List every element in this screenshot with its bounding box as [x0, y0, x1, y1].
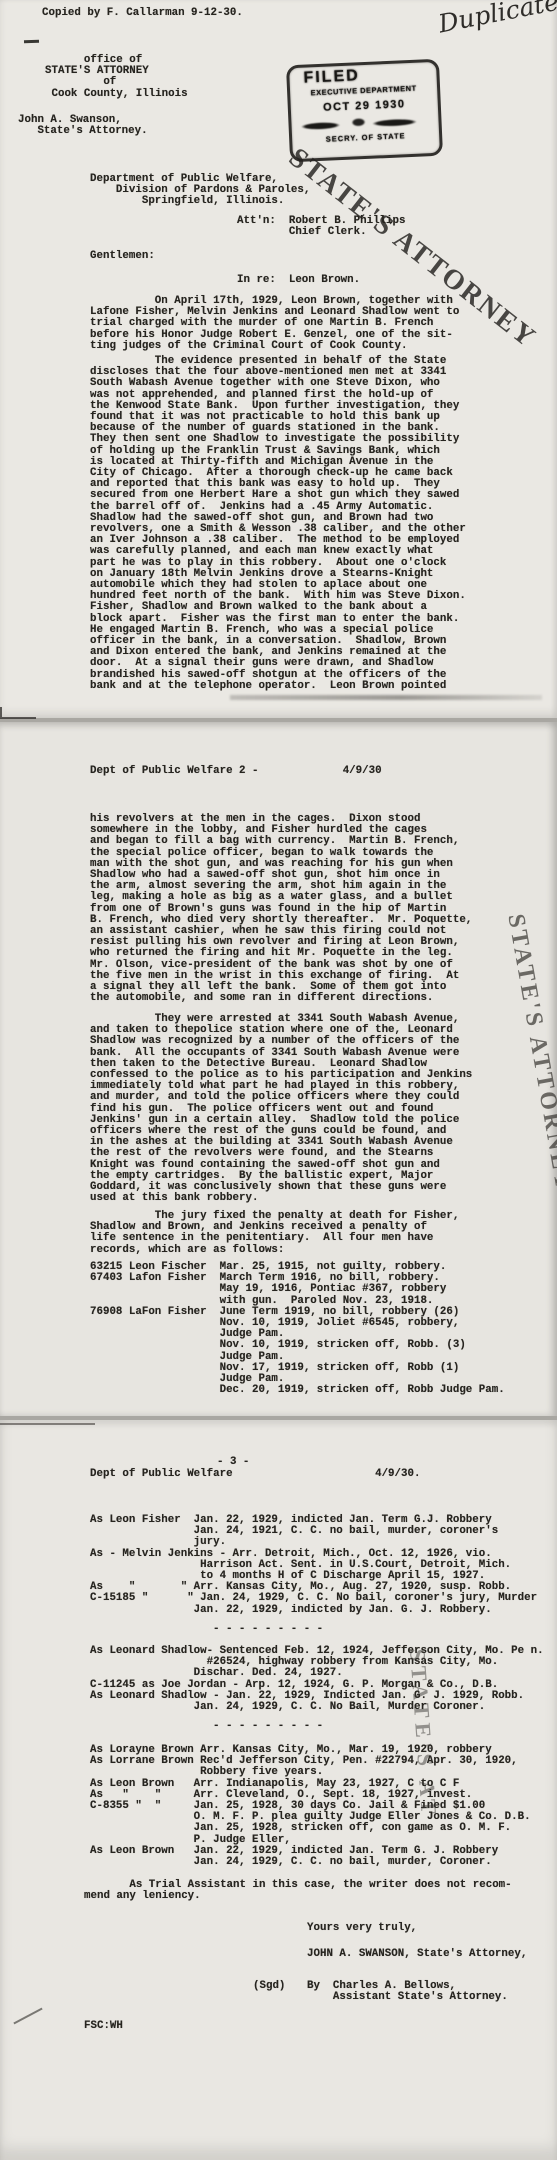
page1-paragraph-2: The evidence presented in behalf of the …: [90, 356, 466, 692]
filed-stamp: FILED EXECUTIVE DEPARTMENT OCT 29 1930 S…: [286, 59, 443, 163]
scan-smudge: [230, 695, 542, 700]
copied-by-note: Copied by F. Callarman 9-12-30.: [42, 8, 243, 19]
filed-stamp-date: OCT 29 1930: [291, 97, 438, 115]
closing-paragraph: As Trial Assistant in this case, the wri…: [84, 1880, 512, 1902]
page2-paragraph-3: The jury fixed the penalty at death for …: [90, 1211, 459, 1256]
page-edge-line: [0, 1423, 95, 1425]
valediction: Yours very truly,: [307, 1923, 417, 1934]
handwritten-check-mark: [13, 2008, 42, 2025]
page-corner-mark: [0, 707, 36, 719]
typist-initials: FSC:WH: [84, 2021, 123, 2032]
margin-dash-mark: [24, 40, 39, 44]
page2-header: Dept of Public Welfare 2 - 4/9/30: [90, 766, 382, 777]
office-letterhead: office of STATE'S ATTORNEY of Cook Count…: [45, 55, 188, 100]
page3-number: - 3 -: [217, 1457, 249, 1468]
prior-record-list: 63215 Leon Fischer Mar. 25, 1915, not gu…: [90, 1262, 505, 1396]
signer-name: JOHN A. SWANSON, State's Attorney,: [307, 1949, 527, 1960]
filed-stamp-signature-scribble: [298, 114, 424, 132]
states-attorney-stamp-page2: STATE'S ATTORNEY: [501, 912, 557, 1194]
subject-line: In re: Leon Brown.: [237, 275, 360, 286]
recipient-address: Department of Public Welfare, Division o…: [90, 174, 310, 208]
page3-header: Dept of Public Welfare 4/9/30.: [90, 1469, 420, 1480]
page1-paragraph-1: On April 17th, 1929, Leon Brown, togethe…: [90, 296, 459, 352]
attention-line: Att'n: Robert B. Phillips Chief Clerk.: [237, 216, 405, 238]
letter-page-3: - 3 - Dept of Public Welfare 4/9/30. As …: [0, 1420, 557, 2160]
record-group-brown: As Lorayne Brown Arr. Kansas City, Mo., …: [90, 1745, 531, 1868]
letter-page-1: Copied by F. Callarman 9-12-30. Duplicat…: [0, 0, 557, 718]
scanned-letter-canvas: { "document": { "page1": { "copied_by": …: [0, 0, 557, 2160]
attorney-name-block: John A. Swanson, State's Attorney.: [18, 115, 148, 137]
filed-stamp-title: FILED: [303, 67, 360, 87]
record-group-fisher: As Leon Fisher Jan. 22, 1929, indicted J…: [90, 1515, 537, 1616]
page2-paragraph-2: They were arrested at 3341 South Wabash …: [90, 1014, 472, 1204]
letter-page-2: Dept of Public Welfare 2 - 4/9/30 his re…: [0, 722, 557, 1416]
by-signature-block: By Charles A. Bellows, Assistant State's…: [307, 1981, 508, 2003]
sgd-label: (Sgd): [253, 1981, 285, 1992]
separator-dashes-2: - - - - - - - - -: [213, 1721, 323, 1732]
page2-paragraph-1: his revolvers at the men in the cages. D…: [90, 814, 472, 1004]
salutation: Gentlemen:: [90, 251, 155, 262]
record-group-shadlow: As Leonard Shadlow- Sentenced Feb. 12, 1…: [90, 1646, 544, 1713]
separator-dashes-1: - - - - - - - - -: [213, 1624, 323, 1635]
handwritten-duplicate-note: Duplicate: [436, 0, 557, 38]
